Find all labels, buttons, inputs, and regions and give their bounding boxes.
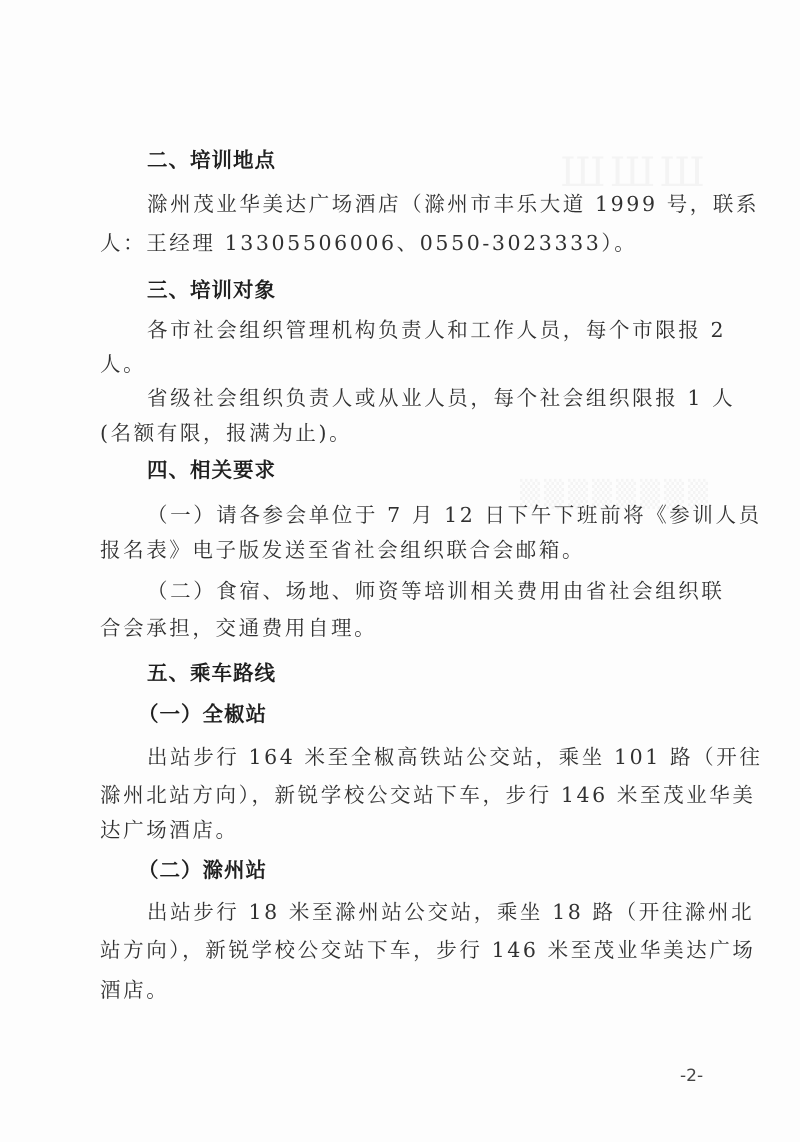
- route-heading-chuzhou: （二）滁州站: [138, 858, 267, 882]
- section-heading-routes: 五、乘车路线: [147, 661, 276, 685]
- location-text-line-2: 人：王经理 13305506006、0550-3023333）。: [100, 231, 637, 255]
- route-heading-quanjiao: （一）全椒站: [138, 702, 267, 726]
- route-chuzhou-line-3: 酒店。: [100, 978, 169, 1002]
- requirements-text-line-1: （一）请各参会单位于 7 月 12 日下午下班前将《参训人员: [147, 503, 762, 527]
- route-chuzhou-line-1: 出站步行 18 米至滁州站公交站，乘坐 18 路（开往滁州北: [147, 900, 754, 924]
- document-page: ШШШ ▒▒▒▒▒▒▒▒ 二、培训地点 滁州茂业华美达广场酒店（滁州市丰乐大道 …: [0, 0, 800, 1142]
- page-number: -2-: [680, 1066, 703, 1086]
- participants-text-line-2: 人。: [100, 352, 146, 376]
- requirements-text-line-2: 报名表》电子版发送至省社会组织联合会邮箱。: [100, 538, 585, 562]
- route-quanjiao-line-2: 滁州北站方向），新锐学校公交站下车，步行 146 米至茂业华美: [100, 783, 756, 807]
- participants-text-line-4: (名额有限，报满为止)。: [100, 421, 352, 445]
- location-text-line-1: 滁州茂业华美达广场酒店（滁州市丰乐大道 1999 号，联系: [147, 192, 759, 216]
- route-quanjiao-line-3: 达广场酒店。: [100, 818, 239, 842]
- section-heading-participants: 三、培训对象: [147, 278, 276, 302]
- route-chuzhou-line-2: 站方向），新锐学校公交站下车，步行 146 米至茂业华美达广场: [100, 938, 756, 962]
- bleed-through-text: ШШШ: [560, 150, 709, 196]
- route-quanjiao-line-1: 出站步行 164 米至全椒高铁站公交站，乘坐 101 路（开往: [147, 745, 762, 769]
- section-heading-location: 二、培训地点: [147, 148, 276, 172]
- requirements-text-line-3: （二）食宿、场地、师资等培训相关费用由省社会组织联: [147, 579, 725, 603]
- participants-text-line-3: 省级社会组织负责人或从业人员，每个社会组织限报 1 人: [147, 386, 735, 410]
- participants-text-line-1: 各市社会组织管理机构负责人和工作人员，每个市限报 2: [147, 318, 726, 342]
- requirements-text-line-4: 合会承担，交通费用自理。: [100, 616, 377, 640]
- section-heading-requirements: 四、相关要求: [147, 458, 276, 482]
